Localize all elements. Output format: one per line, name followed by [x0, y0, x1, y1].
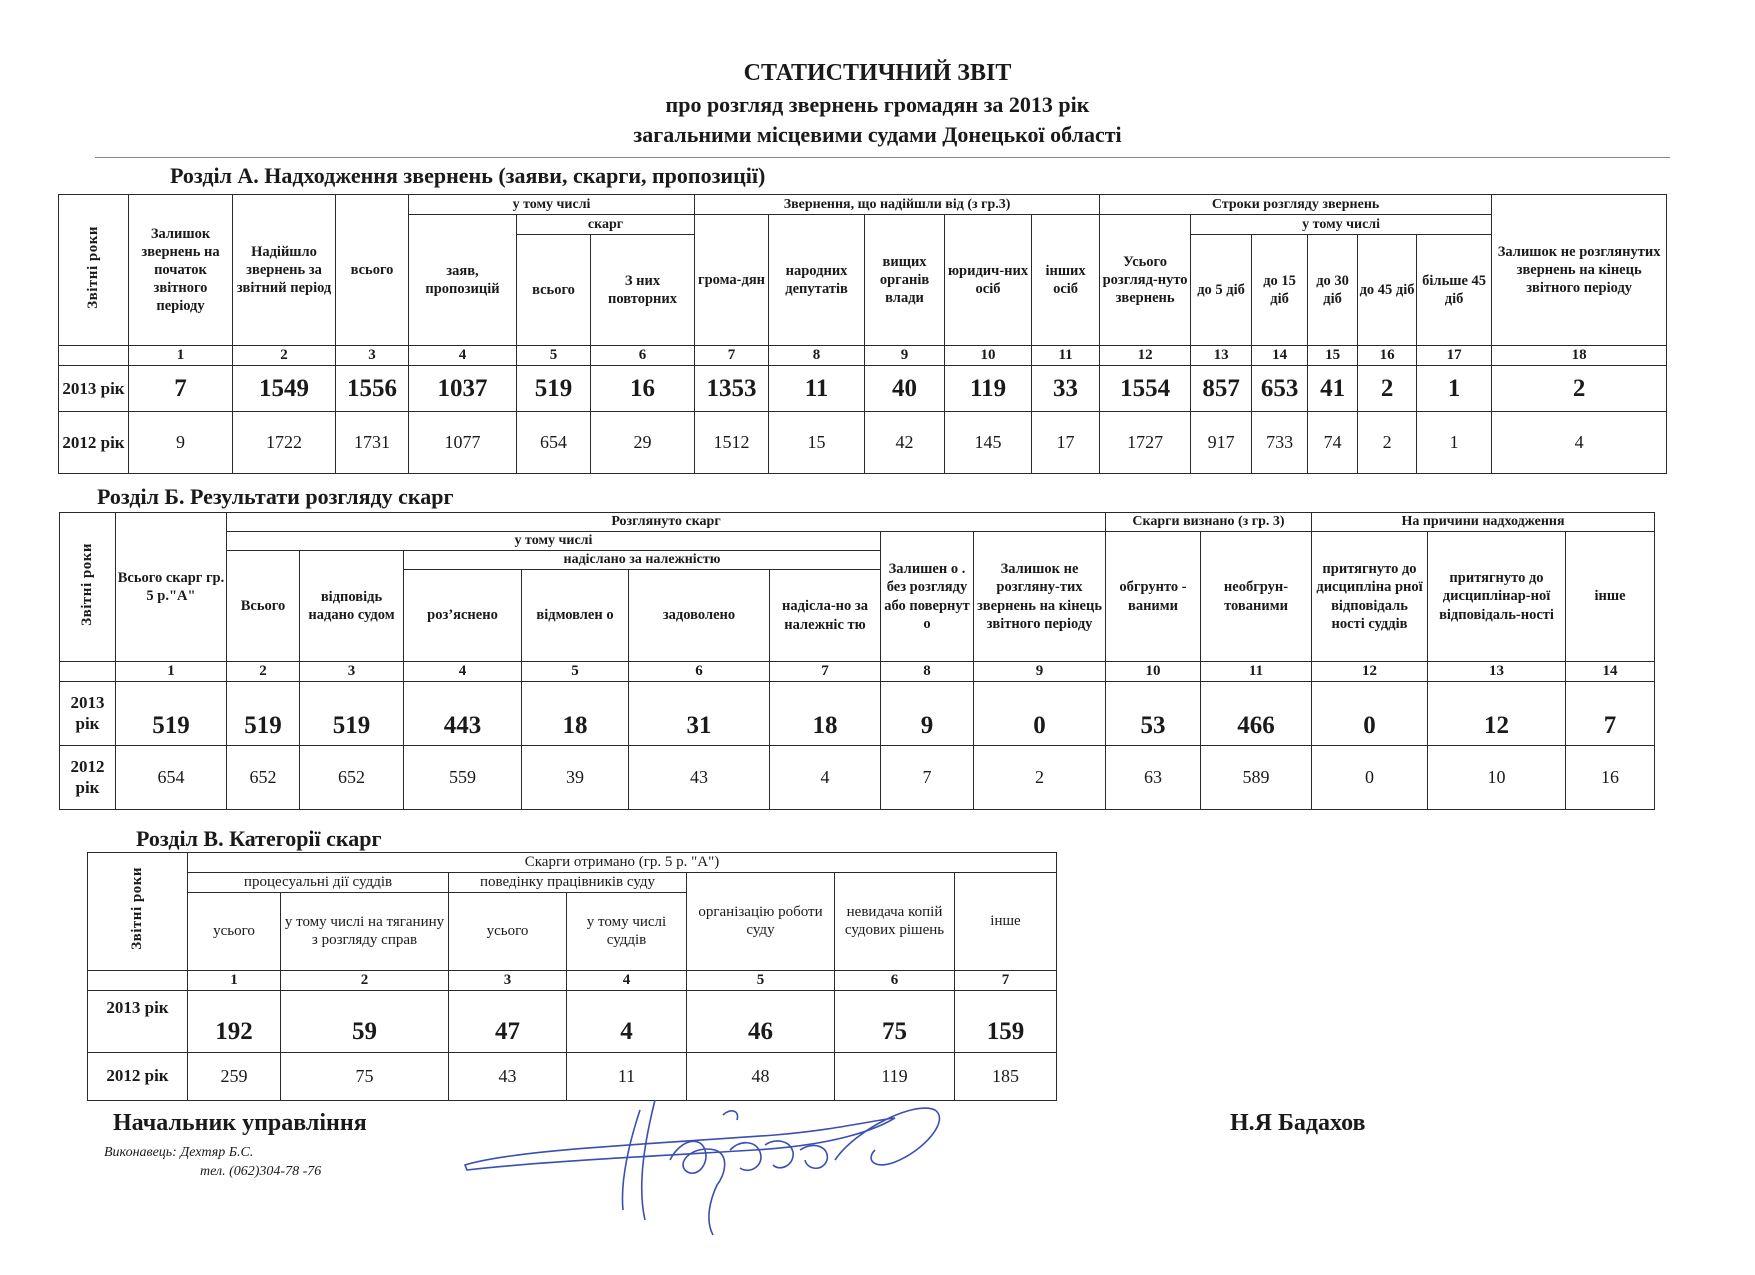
table-cell: 519	[116, 681, 227, 745]
column-number: 15	[1308, 346, 1358, 366]
section-a-table: Звітні роки Залишок звернень на початок …	[58, 194, 1667, 474]
column-number: 1	[188, 970, 281, 990]
table-row: 2012 рік91722173110776542915121542145171…	[59, 411, 1667, 473]
table-cell: 75	[835, 990, 955, 1052]
column-number: 7	[695, 346, 769, 366]
table-cell: 10	[1428, 745, 1566, 809]
table-row: 2013 рік71549155610375191613531140119331…	[59, 365, 1667, 411]
report-subtitle: про розгляд звернень громадян за 2013 рі…	[0, 92, 1755, 118]
table-cell: 53	[1106, 681, 1201, 745]
section-a-title: Розділ А. Надходження звернень (заяви, с…	[170, 163, 765, 189]
header-including: у тому числі	[409, 195, 695, 215]
column-number: 5	[687, 970, 835, 990]
phone: тел. (062)304-78 -76	[200, 1164, 321, 1180]
table-cell: 59	[281, 990, 449, 1052]
header-total: Всього	[227, 551, 300, 662]
header-d45: до 45 діб	[1358, 235, 1417, 346]
table-cell: 9	[881, 681, 974, 745]
header-left-without: Залишен о . без розгляду або повернут о	[881, 532, 974, 662]
table-cell: 63	[1106, 745, 1201, 809]
column-number: 2	[281, 970, 449, 990]
table-cell: 74	[1308, 411, 1358, 473]
table-cell: 733	[1252, 411, 1308, 473]
header-answered: відповідь надано судом	[300, 551, 404, 662]
header-recognized-group: Скарги визнано (з гр. 3)	[1106, 513, 1312, 532]
table-cell: 559	[404, 745, 522, 809]
executor: Виконавець: Дехтяр Б.С.	[104, 1145, 253, 1161]
header-balance-end: Залишок не розглянутих звернень на кінец…	[1492, 195, 1667, 346]
header-total: всього	[336, 195, 409, 346]
header-from-group: Звернення, що надійшли від (з гр.3)	[695, 195, 1100, 215]
table-cell: 1	[1417, 365, 1492, 411]
column-number: 8	[881, 662, 974, 682]
header-refused: відмовлен о	[522, 570, 629, 662]
column-number: 16	[1358, 346, 1417, 366]
table-cell: 17	[1032, 411, 1100, 473]
column-number: 6	[629, 662, 770, 682]
column-number-empty	[88, 970, 188, 990]
header-years: Звітні роки	[60, 513, 116, 662]
header-considered-total: Усього розгляд-нуто звернень	[1100, 215, 1191, 346]
column-number: 18	[1492, 346, 1667, 366]
header-procedural: процесуальні дії суддів	[188, 873, 449, 893]
table-cell: 857	[1191, 365, 1252, 411]
table-cell: 75	[281, 1052, 449, 1100]
row-year: 2012 рік	[88, 1052, 188, 1100]
row-year: 2012 рік	[59, 411, 129, 473]
header-considered: Розглянуто скарг	[227, 513, 1106, 532]
column-number: 13	[1428, 662, 1566, 682]
column-number-empty	[60, 662, 116, 682]
row-year: 2013 рік	[59, 365, 129, 411]
table-cell: 2	[974, 745, 1106, 809]
header-received: Надійшло звернень за звітний період	[233, 195, 336, 346]
table-cell: 43	[629, 745, 770, 809]
column-number: 9	[974, 662, 1106, 682]
table-row: 2013 рік192594744675159	[88, 990, 1057, 1052]
table-cell: 119	[945, 365, 1032, 411]
column-number: 11	[1032, 346, 1100, 366]
table-cell: 16	[1566, 745, 1655, 809]
column-number: 1	[116, 662, 227, 682]
header-reasons-group: На причини надходження	[1312, 513, 1655, 532]
table-cell: 7	[129, 365, 233, 411]
table-cell: 16	[591, 365, 695, 411]
header-other: інше	[955, 873, 1057, 971]
table-cell: 46	[687, 990, 835, 1052]
table-cell: 1727	[1100, 411, 1191, 473]
column-number: 7	[955, 970, 1057, 990]
section-b-title: Розділ Б. Результати розгляду скарг	[97, 484, 454, 510]
table-cell: 18	[522, 681, 629, 745]
header-total-complaints: Всього скарг гр. 5 р."А"	[116, 513, 227, 662]
header-citizens: грома-дян	[695, 215, 769, 346]
table-row: 2012 рік65465265255939434726358901016	[60, 745, 1655, 809]
table-cell: 652	[300, 745, 404, 809]
column-number: 12	[1100, 346, 1191, 366]
header-total-1: усього	[188, 892, 281, 970]
table-cell: 42	[865, 411, 945, 473]
report-title: СТАТИСТИЧНИЙ ЗВІТ	[0, 60, 1755, 87]
table-cell: 145	[945, 411, 1032, 473]
table-cell: 1556	[336, 365, 409, 411]
column-number: 4	[404, 662, 522, 682]
table-cell: 654	[116, 745, 227, 809]
table-cell: 31	[629, 681, 770, 745]
signatory-position: Начальник управління	[113, 1110, 367, 1137]
table-cell: 11	[769, 365, 865, 411]
table-cell: 0	[974, 681, 1106, 745]
header-balance-start: Залишок звернень на початок звітного пер…	[129, 195, 233, 346]
header-received: Скарги отримано (гр. 5 р. "А")	[188, 853, 1057, 873]
header-balance-end: Залишок не розгляну-тих звернень на кіне…	[974, 532, 1106, 662]
table-cell: 192	[188, 990, 281, 1052]
column-number: 6	[591, 346, 695, 366]
table-cell: 917	[1191, 411, 1252, 473]
header-years: Звітні роки	[59, 195, 129, 346]
table-cell: 1077	[409, 411, 517, 473]
column-number: 10	[945, 346, 1032, 366]
table-cell: 15	[769, 411, 865, 473]
column-number: 12	[1312, 662, 1428, 682]
table-cell: 653	[1252, 365, 1308, 411]
column-number: 2	[233, 346, 336, 366]
table-cell: 443	[404, 681, 522, 745]
header-staff: поведінку працівників суду	[449, 873, 687, 893]
column-number: 7	[770, 662, 881, 682]
header-satisfied: задоволено	[629, 570, 770, 662]
column-number: 17	[1417, 346, 1492, 366]
table-cell: 4	[770, 745, 881, 809]
table-cell: 4	[567, 990, 687, 1052]
header-terms-group: Строки розгляду звернень	[1100, 195, 1492, 215]
table-cell: 2	[1358, 365, 1417, 411]
header-statements: заяв, пропозицій	[409, 215, 517, 346]
table-row: 2013 рік51951951944318311890534660127	[60, 681, 1655, 745]
row-year: 2012 рік	[60, 745, 116, 809]
column-number: 3	[336, 346, 409, 366]
header-total-2: усього	[449, 892, 567, 970]
column-number: 5	[522, 662, 629, 682]
header-judges: у тому числі суддів	[567, 892, 687, 970]
table-cell: 519	[517, 365, 591, 411]
header-authorities: вищих органів влади	[865, 215, 945, 346]
table-cell: 1512	[695, 411, 769, 473]
section-c-title: Розділ В. Категорії скарг	[136, 826, 382, 852]
row-year: 2013 рік	[60, 681, 116, 745]
table-cell: 2	[1358, 411, 1417, 473]
header-years: Звітні роки	[88, 853, 188, 971]
signature-icon	[455, 1090, 975, 1245]
column-number: 9	[865, 346, 945, 366]
header-others: інших осіб	[1032, 215, 1100, 346]
header-d30: до 30 діб	[1308, 235, 1358, 346]
table-cell: 29	[591, 411, 695, 473]
table-cell: 0	[1312, 745, 1428, 809]
header-more45: більше 45 діб	[1417, 235, 1492, 346]
table-cell: 654	[517, 411, 591, 473]
header-disciplinary-judges: притягнуто до дисципліна рної відповідал…	[1312, 532, 1428, 662]
header-legal: юридич-них осіб	[945, 215, 1032, 346]
table-cell: 466	[1201, 681, 1312, 745]
column-number: 14	[1252, 346, 1308, 366]
column-number: 14	[1566, 662, 1655, 682]
section-c-table: Звітні роки Скарги отримано (гр. 5 р. "А…	[87, 852, 1057, 1101]
column-numbers-row: 1234567891011121314	[60, 662, 1655, 682]
table-cell: 0	[1312, 681, 1428, 745]
table-cell: 7	[1566, 681, 1655, 745]
table-cell: 41	[1308, 365, 1358, 411]
table-cell: 47	[449, 990, 567, 1052]
column-numbers-row: 1234567	[88, 970, 1057, 990]
row-year: 2013 рік	[88, 990, 188, 1052]
header-deputies: народних депутатів	[769, 215, 865, 346]
header-complaints: скарг	[517, 215, 695, 235]
table-cell: 12	[1428, 681, 1566, 745]
column-number: 4	[567, 970, 687, 990]
table-cell: 519	[300, 681, 404, 745]
table-cell: 159	[955, 990, 1057, 1052]
header-terms-including: у тому числі	[1191, 215, 1492, 235]
column-number: 13	[1191, 346, 1252, 366]
header-including: у тому числі	[227, 532, 881, 551]
header-delay: у тому числі на тяганину з розгляду спра…	[281, 892, 449, 970]
header-forwarded-group: надіслано за належністю	[404, 551, 881, 570]
table-cell: 40	[865, 365, 945, 411]
header-forwarded: надісла-но за належніс тю	[770, 570, 881, 662]
header-unjustified: необгрун-тованими	[1201, 532, 1312, 662]
signatory-name: Н.Я Бадахов	[1230, 1110, 1365, 1137]
column-number: 10	[1106, 662, 1201, 682]
table-cell: 33	[1032, 365, 1100, 411]
column-number: 8	[769, 346, 865, 366]
table-cell: 4	[1492, 411, 1667, 473]
table-cell: 9	[129, 411, 233, 473]
column-number: 1	[129, 346, 233, 366]
header-non-delivery: невидача копій судових рішень	[835, 873, 955, 971]
table-cell: 589	[1201, 745, 1312, 809]
table-cell: 7	[881, 745, 974, 809]
table-cell: 1353	[695, 365, 769, 411]
section-b-table: Звітні роки Всього скарг гр. 5 р."А" Роз…	[59, 512, 1655, 810]
column-number: 6	[835, 970, 955, 990]
header-explained: роз’яснено	[404, 570, 522, 662]
table-cell: 652	[227, 745, 300, 809]
table-cell: 2	[1492, 365, 1667, 411]
table-cell: 1722	[233, 411, 336, 473]
table-cell: 1554	[1100, 365, 1191, 411]
table-cell: 259	[188, 1052, 281, 1100]
table-cell: 1731	[336, 411, 409, 473]
column-number: 5	[517, 346, 591, 366]
header-other: інше	[1566, 532, 1655, 662]
header-organization: організацію роботи суду	[687, 873, 835, 971]
table-cell: 1	[1417, 411, 1492, 473]
column-number: 3	[449, 970, 567, 990]
header-repeated: З них повторних	[591, 235, 695, 346]
column-number: 3	[300, 662, 404, 682]
table-cell: 18	[770, 681, 881, 745]
table-cell: 519	[227, 681, 300, 745]
table-cell: 39	[522, 745, 629, 809]
header-disciplinary: притягнуто до дисциплінар-ної відповідал…	[1428, 532, 1566, 662]
header-justified: обгрунто - ваними	[1106, 532, 1201, 662]
table-cell: 1037	[409, 365, 517, 411]
header-d15: до 15 діб	[1252, 235, 1308, 346]
column-number: 2	[227, 662, 300, 682]
column-number: 11	[1201, 662, 1312, 682]
header-d5: до 5 діб	[1191, 235, 1252, 346]
report-subtitle-2: загальними місцевими судами Донецької об…	[0, 122, 1755, 148]
column-number-empty	[59, 346, 129, 366]
header-complaints-total: всього	[517, 235, 591, 346]
table-cell: 1549	[233, 365, 336, 411]
divider	[95, 157, 1670, 158]
column-numbers-row: 123456789101112131415161718	[59, 346, 1667, 366]
column-number: 4	[409, 346, 517, 366]
